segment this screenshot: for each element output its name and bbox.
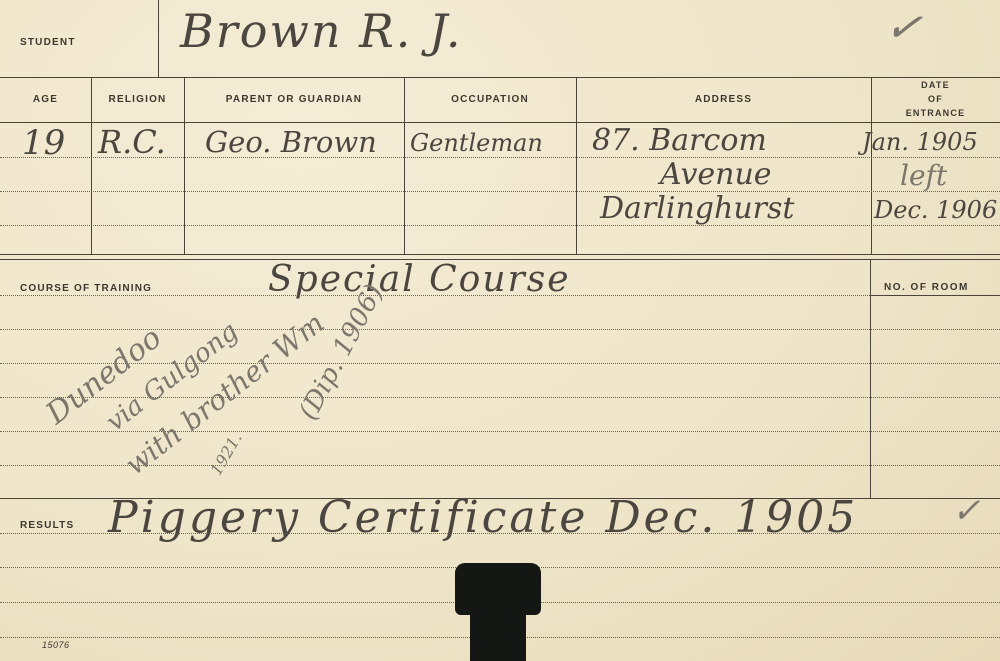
column-divider <box>576 77 577 255</box>
date-of-entrance-header-line3: ENTRANCE <box>871 108 1000 118</box>
entrance-date-value: Jan. 1905 <box>862 130 978 154</box>
student-name: Brown R. J. <box>180 8 462 54</box>
index-tab-stem <box>470 605 526 661</box>
dotted-rule <box>0 533 1000 534</box>
column-divider <box>871 77 872 255</box>
occupation-value: Gentleman <box>410 131 543 155</box>
religion-value: R.C. <box>98 126 166 158</box>
column-divider <box>404 77 405 255</box>
room-number-label: No. OF ROOM <box>884 282 969 293</box>
age-value: 19 <box>22 126 65 160</box>
address-header: ADDRESS <box>576 94 871 105</box>
dotted-rule <box>0 363 1000 364</box>
results-label: RESULTS <box>20 520 74 531</box>
parent-guardian-header: PARENT OR GUARDIAN <box>184 94 404 105</box>
dotted-rule <box>0 295 870 296</box>
results-check-mark-icon: ✓ <box>952 494 981 528</box>
column-divider <box>184 77 185 255</box>
parent-guardian-value: Geo. Brown <box>205 128 377 157</box>
left-date-value: Dec. 1906 <box>874 198 997 222</box>
address-line-2: Avenue <box>660 160 772 190</box>
divider <box>0 77 1000 78</box>
age-header: AGE <box>0 94 91 105</box>
pencil-note-line-5: 1921. <box>208 430 245 478</box>
student-record-card: STUDENT Brown R. J. ✓ AGE RELIGION PAREN… <box>0 0 1000 661</box>
course-of-training-label: COURSE OF TRAINING <box>20 283 152 294</box>
left-note: left <box>900 162 947 190</box>
student-label: STUDENT <box>20 37 76 48</box>
room-underline <box>870 295 1000 296</box>
pencil-note-line-4: (Dip. 1906) <box>295 280 388 424</box>
religion-header: RELIGION <box>91 94 184 105</box>
column-divider <box>91 77 92 255</box>
divider <box>0 254 1000 255</box>
card-serial-number: 15076 <box>42 640 70 650</box>
student-divider <box>158 0 159 77</box>
date-of-entrance-header-line2: OF <box>871 94 1000 104</box>
date-of-entrance-header-line1: DATE <box>871 80 1000 90</box>
dotted-rule <box>0 191 1000 192</box>
occupation-header: OCCUPATION <box>404 94 576 105</box>
address-line-1: 87. Barcom <box>592 126 767 156</box>
dotted-rule <box>0 225 1000 226</box>
address-line-3: Darlinghurst <box>600 194 794 224</box>
check-mark-icon: ✓ <box>882 4 925 53</box>
course-of-training-value: Special Course <box>268 262 571 298</box>
